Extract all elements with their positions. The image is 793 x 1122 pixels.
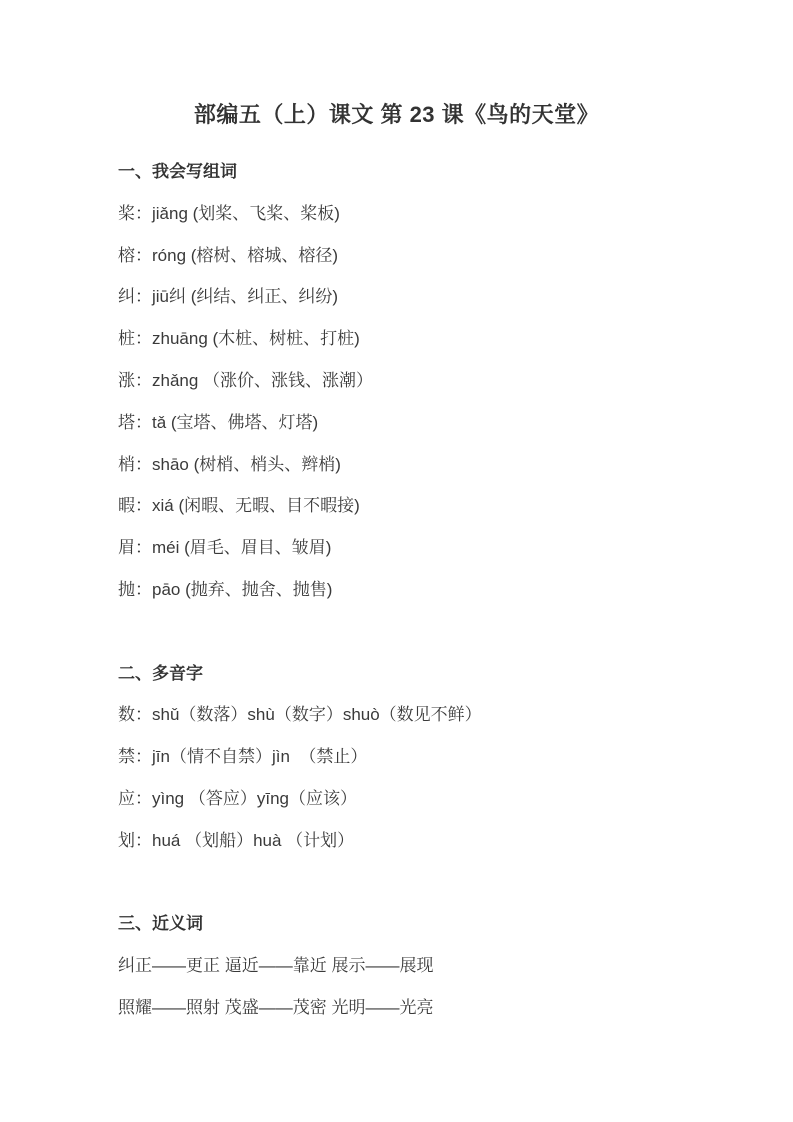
- word-entry: 塔：tǎ (宝塔、佛塔、灯塔): [118, 402, 693, 444]
- word-entry: 榕：róng (榕树、榕城、榕径): [118, 235, 693, 277]
- word-entry: 抛：pāo (抛弃、抛舍、抛售): [118, 569, 693, 611]
- section-write-words: 一、我会写组词 桨：jiǎng (划桨、飞桨、桨板) 榕：róng (榕树、榕城…: [118, 151, 693, 611]
- word-entry: 桨：jiǎng (划桨、飞桨、桨板): [118, 193, 693, 235]
- document-body: 一、我会写组词 桨：jiǎng (划桨、飞桨、桨板) 榕：róng (榕树、榕城…: [0, 131, 793, 1029]
- polyphone-entry: 数：shǔ（数落）shù（数字）shuò（数见不鲜）: [118, 694, 693, 736]
- synonym-pair-line: 照耀——照射 茂盛——茂密 光明——光亮: [118, 987, 693, 1029]
- section-heading: 三、近义词: [118, 903, 693, 945]
- word-entry: 暇：xiá (闲暇、无暇、目不暇接): [118, 485, 693, 527]
- word-entry: 桩：zhuāng (木桩、树桩、打桩): [118, 318, 693, 360]
- section-synonyms: 三、近义词 纠正——更正 逼近——靠近 展示——展现 照耀——照射 茂盛——茂密…: [118, 903, 693, 1028]
- word-entry: 眉：méi (眉毛、眉目、皱眉): [118, 527, 693, 569]
- polyphone-entry: 应：yìng （答应）yīng（应该）: [118, 778, 693, 820]
- synonym-pair-line: 纠正——更正 逼近——靠近 展示——展现: [118, 945, 693, 987]
- polyphone-entry: 禁：jīn（情不自禁）jìn （禁止）: [118, 736, 693, 778]
- section-heading: 一、我会写组词: [118, 151, 693, 193]
- word-entry: 涨：zhǎng （涨价、涨钱、涨潮）: [118, 360, 693, 402]
- document-page: 部编五（上）课文 第 23 课《鸟的天堂》 一、我会写组词 桨：jiǎng (划…: [0, 0, 793, 1122]
- polyphone-entry: 划：huá （划船）huà （计划）: [118, 820, 693, 862]
- word-entry: 梢：shāo (树梢、梢头、辫梢): [118, 444, 693, 486]
- section-polyphonic-characters: 二、多音字 数：shǔ（数落）shù（数字）shuò（数见不鲜） 禁：jīn（情…: [118, 653, 693, 862]
- word-entry: 纠：jiū纠 (纠结、纠正、纠纷): [118, 276, 693, 318]
- document-title: 部编五（上）课文 第 23 课《鸟的天堂》: [0, 0, 793, 131]
- section-heading: 二、多音字: [118, 653, 693, 695]
